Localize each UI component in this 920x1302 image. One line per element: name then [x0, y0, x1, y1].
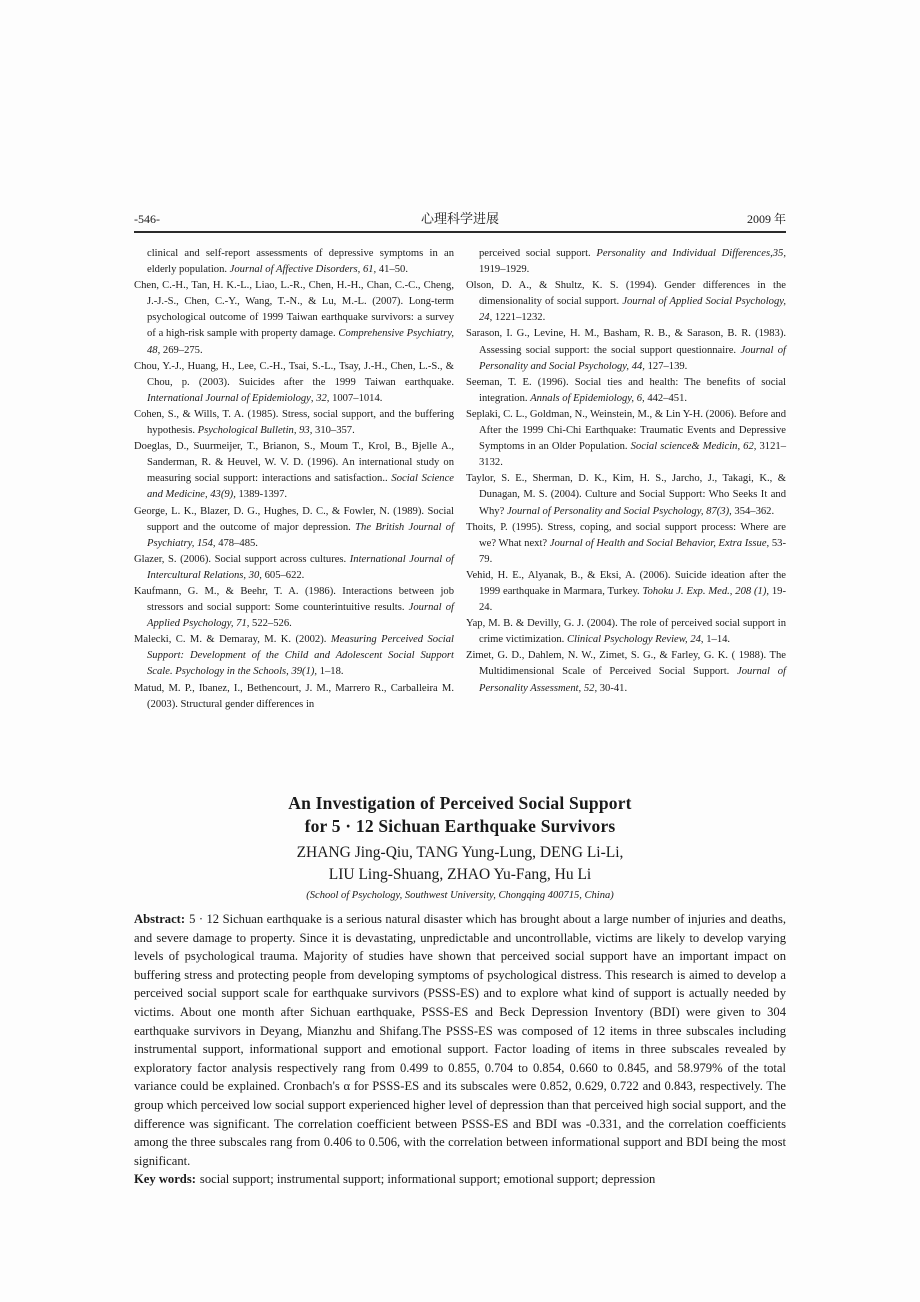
- reference-entry: Zimet, G. D., Dahlem, N. W., Zimet, S. G…: [466, 648, 786, 696]
- reference-entry: Seplaki, C. L., Goldman, N., Weinstein, …: [466, 407, 786, 471]
- references-right-column: perceived social support. Personality an…: [466, 246, 786, 780]
- journal-title: 心理科学进展: [134, 212, 786, 226]
- reference-text: perceived social support.: [479, 248, 596, 259]
- reference-entry: Taylor, S. E., Sherman, D. K., Kim, H. S…: [466, 471, 786, 519]
- reference-entry: Matud, M. P., Ibanez, I., Bethencourt, J…: [134, 681, 454, 713]
- abstract-paragraph: Abstract:5 · 12 Sichuan earthquake is a …: [134, 910, 786, 1170]
- references-section: clinical and self-report assessments of …: [134, 246, 786, 780]
- abstract-label: Abstract:: [134, 912, 189, 926]
- references-left-column: clinical and self-report assessments of …: [134, 246, 454, 780]
- reference-entry: Vehid, H. E., Alyanak, B., & Eksi, A. (2…: [466, 568, 786, 616]
- reference-text: 1–18.: [317, 666, 343, 677]
- reference-journal-name: Annals of Epidemiology, 6,: [530, 393, 644, 404]
- reference-text: 1007–1014.: [329, 393, 382, 404]
- reference-entry: Olson, D. A., & Shultz, K. S. (1994). Ge…: [466, 278, 786, 326]
- article-authors: ZHANG Jing-Qiu, TANG Yung-Lung, DENG Li-…: [134, 842, 786, 886]
- reference-text: 310–357.: [312, 425, 354, 436]
- reference-journal-name: Clinical Psychology Review, 24: [567, 634, 701, 645]
- reference-journal-name: Journal of Health and Social Behavior, E…: [550, 538, 769, 549]
- reference-entry: Malecki, C. M. & Demaray, M. K. (2002). …: [134, 632, 454, 680]
- reference-entry: Seeman, T. E. (1996). Social ties and he…: [466, 375, 786, 407]
- running-header: -546- 心理科学进展 2009 年: [134, 212, 786, 226]
- reference-text: Kaufmann, G. M., & Beehr, T. A. (1986). …: [134, 586, 454, 613]
- reference-journal-name: Social science& Medicin, 62,: [631, 441, 757, 452]
- reference-text: Sarason, I. G., Levine, H. M., Basham, R…: [466, 328, 786, 355]
- reference-journal-name: Journal of Affective Disorders, 61,: [230, 264, 377, 275]
- reference-text: 1221–1232.: [492, 312, 545, 323]
- reference-entry: Doeglas, D., Suurmeijer, T., Brianon, S.…: [134, 439, 454, 503]
- authors-line1: ZHANG Jing-Qiu, TANG Yung-Lung, DENG Li-…: [134, 842, 786, 864]
- article-title: An Investigation of Perceived Social Sup…: [134, 792, 786, 837]
- reference-journal-name: International Journal of Epidemiology: [147, 393, 311, 404]
- abstract-text: 5 · 12 Sichuan earthquake is a serious n…: [134, 912, 786, 1168]
- authors-line2: LIU Ling-Shuang, ZHAO Yu-Fang, Hu Li: [134, 864, 786, 886]
- reference-entry: Kaufmann, G. M., & Beehr, T. A. (1986). …: [134, 584, 454, 632]
- keywords-text: social support; instrumental support; in…: [200, 1172, 655, 1186]
- reference-text: 1389-1397.: [236, 489, 287, 500]
- reference-journal-name: Tohoku J. Exp. Med., 208 (1),: [643, 586, 769, 597]
- reference-entry: Glazer, S. (2006). Social support across…: [134, 552, 454, 584]
- reference-text: Glazer, S. (2006). Social support across…: [134, 554, 350, 565]
- reference-text: Chou, Y.-J., Huang, H., Lee, C.-H., Tsai…: [134, 361, 454, 388]
- reference-text: 41–50.: [376, 264, 408, 275]
- reference-text: Malecki, C. M. & Demaray, M. K. (2002).: [134, 634, 331, 645]
- reference-text: Matud, M. P., Ibanez, I., Bethencourt, J…: [134, 683, 454, 710]
- reference-text: 522–526.: [249, 618, 291, 629]
- reference-journal-name: 32,: [316, 393, 329, 404]
- reference-entry: Thoits, P. (1995). Stress, coping, and s…: [466, 520, 786, 568]
- reference-entry: Cohen, S., & Wills, T. A. (1985). Stress…: [134, 407, 454, 439]
- reference-journal-name: Personality and Individual Differences,3…: [596, 248, 786, 259]
- article-affiliation: (School of Psychology, Southwest Univers…: [134, 890, 786, 901]
- keywords-line: Key words:social support; instrumental s…: [134, 1170, 786, 1189]
- article-title-line1: An Investigation of Perceived Social Sup…: [134, 792, 786, 815]
- reference-entry: perceived social support. Personality an…: [466, 246, 786, 278]
- reference-text: 354–362.: [732, 506, 774, 517]
- reference-entry: clinical and self-report assessments of …: [134, 246, 454, 278]
- reference-journal-name: Journal of Personality and Social Psycho…: [507, 506, 732, 517]
- reference-text: 1919–1929.: [479, 264, 529, 275]
- reference-text: , 1–14.: [701, 634, 730, 645]
- reference-text: 127–139.: [645, 361, 687, 372]
- reference-text: 478–485.: [216, 538, 258, 549]
- reference-journal-name: Psychological Bulletin, 93,: [198, 425, 313, 436]
- reference-text: 269–275.: [160, 345, 202, 356]
- reference-entry: George, L. K., Blazer, D. G., Hughes, D.…: [134, 504, 454, 552]
- reference-entry: Yap, M. B. & Devilly, G. J. (2004). The …: [466, 616, 786, 648]
- article-title-line2: for 5 · 12 Sichuan Earthquake Survivors: [134, 815, 786, 838]
- reference-entry: Sarason, I. G., Levine, H. M., Basham, R…: [466, 326, 786, 374]
- reference-text: 30-41.: [597, 683, 627, 694]
- reference-text: 605–622.: [262, 570, 304, 581]
- keywords-label: Key words:: [134, 1172, 200, 1186]
- document-page: -546- 心理科学进展 2009 年 clinical and self-re…: [134, 0, 786, 1189]
- reference-entry: Chen, C.-H., Tan, H. K.-L., Liao, L.-R.,…: [134, 278, 454, 358]
- reference-entry: Chou, Y.-J., Huang, H., Lee, C.-H., Tsai…: [134, 359, 454, 407]
- reference-text: 442–451.: [645, 393, 687, 404]
- header-rule: [134, 231, 786, 233]
